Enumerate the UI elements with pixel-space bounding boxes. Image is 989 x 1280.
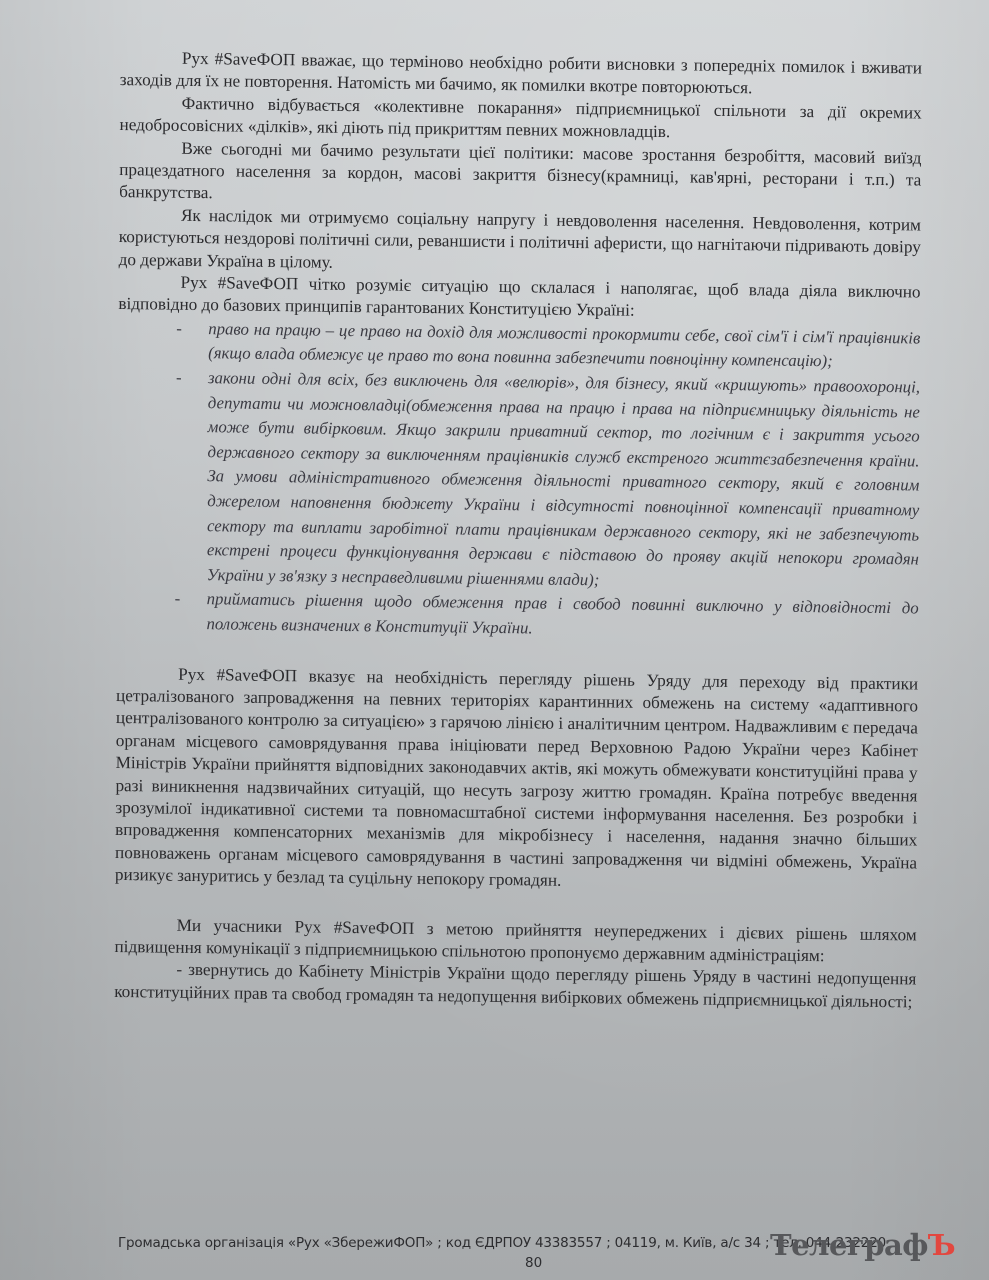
- principles-list: - право на працю – це право на дохід для…: [116, 316, 920, 646]
- watermark-text: Телеграф: [770, 1228, 928, 1262]
- list-item-text: закони одні для всіх, без виключень для …: [207, 368, 920, 589]
- document-body: Рух #SaveФОП вважає, що терміново необхі…: [114, 47, 922, 1014]
- watermark-logo: ТелеграфЪ: [770, 1228, 955, 1262]
- list-item-equal-laws: - закони одні для всіх, без виключень дл…: [117, 365, 920, 597]
- watermark-accent: Ъ: [928, 1228, 955, 1262]
- list-item-constitutional-decisions: - прийматись рішення щодо обмеження прав…: [116, 586, 918, 646]
- paragraph-policy-results: Вже сьогодні ми бачимо результати цієї п…: [119, 137, 921, 215]
- page-number: 80: [525, 1255, 542, 1271]
- paragraph-proposal-item: - звернутись до Кабінету Міністрів Украї…: [114, 958, 916, 1013]
- dash-bullet-icon: -: [176, 366, 182, 391]
- scanned-document-page: Рух #SaveФОП вважає, що терміново необхі…: [0, 0, 989, 1280]
- dash-bullet-icon: -: [175, 587, 181, 612]
- paragraph-government-review: Рух #SaveФОП вказує на необхідність пере…: [115, 663, 918, 898]
- dash-bullet-icon: -: [176, 317, 182, 342]
- list-item-text: право на працю – це право на дохід для м…: [208, 319, 920, 371]
- paragraph-social-tension: Як наслідок ми отримуємо соціальну напру…: [119, 204, 921, 282]
- list-item-text: прийматись рішення щодо обмеження прав і…: [206, 590, 918, 638]
